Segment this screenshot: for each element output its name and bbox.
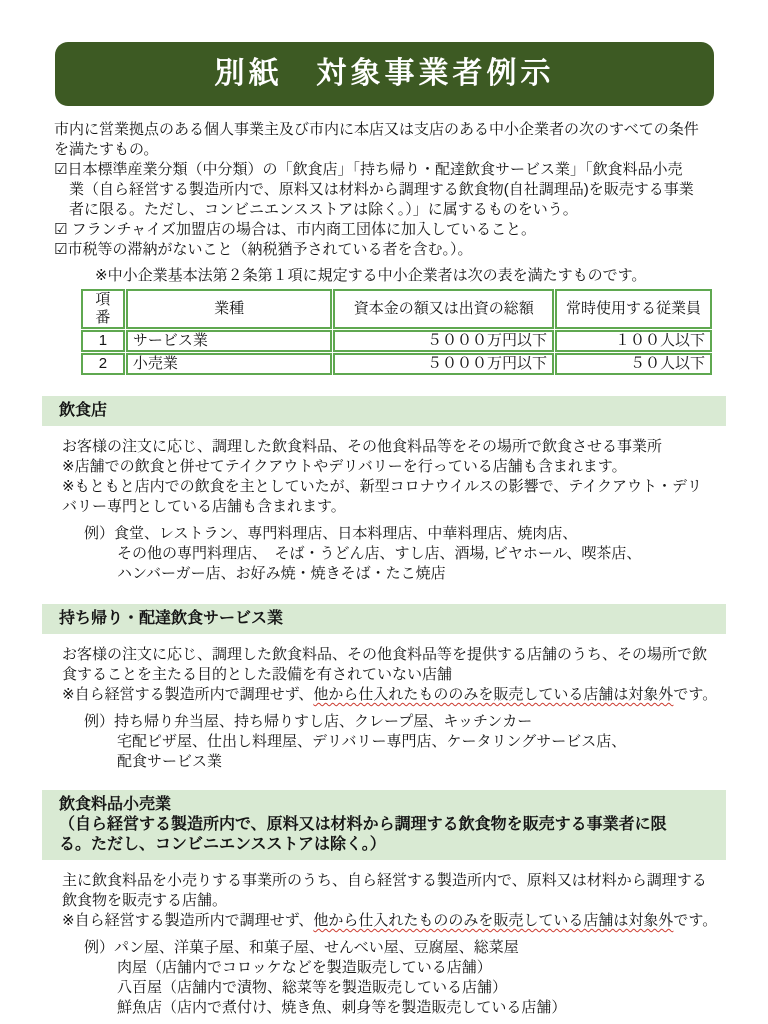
intro-paragraph: 市内に営業拠点のある個人事業主及び市内に本店又は支店のある中小企業者の次のすべて… bbox=[54, 120, 748, 260]
example-line: 配食サービス業 bbox=[84, 752, 748, 772]
checklist-item-franchise: ☑ フランチャイズ加盟店の場合は、市内商工団体に加入していること。 bbox=[54, 220, 748, 240]
page-title: 別紙 対象事業者例示 bbox=[215, 59, 555, 89]
section-retail-title-cont: る。ただし、コンビニエンスストアは除く。） bbox=[59, 835, 709, 855]
example-line: ハンバーガー店、お好み焼・焼きそば・たこ焼店 bbox=[84, 564, 748, 584]
table-note: ※中小企業基本法第２条第１項に規定する中小企業者は次の表を満たすものです。 bbox=[95, 266, 768, 286]
section-takeout-examples: 例）持ち帰り弁当屋、持ち帰りすし店、クレープ屋、キッチンカー 宅配ピザ屋、仕出し… bbox=[84, 712, 748, 772]
body-line: お客様の注文に応じ、調理した飲食料品、その他食料品等をその場所で飲食させる事業所 bbox=[62, 437, 748, 457]
intro-line: を満たすもの。 bbox=[54, 140, 748, 160]
body-line: バリー専門としている店舗も含まれます。 bbox=[62, 497, 748, 517]
wavy-underline-text: 他から仕入れたもののみを販売している店舗は対象外 bbox=[313, 912, 673, 929]
table-cell-industry: サービス業 bbox=[126, 330, 333, 352]
example-line: 八百屋（店舗内で漬物、総菜等を製造販売している店舗） bbox=[84, 978, 748, 998]
document-page: 別紙 対象事業者例示 市内に営業拠点のある個人事業主及び市内に本店又は支店のある… bbox=[0, 0, 768, 1024]
section-retail-header-bar: 飲食料品小売業 （自ら経営する製造所内で、原料又は材料から調理する飲食物を販売す… bbox=[42, 790, 726, 860]
example-line: 例）パン屋、洋菓子屋、和菓子屋、せんべい屋、豆腐屋、総菜屋 bbox=[84, 938, 748, 958]
exclusion-note: ※自ら経営する製造所内で調理せず、他から仕入れたもののみを販売している店舗は対象… bbox=[62, 911, 748, 931]
section-retail-body: 主に飲食料品を小売りする事業所のうち、自ら経営する製造所内で、原料又は材料から調… bbox=[62, 871, 748, 931]
intro-line: 市内に営業拠点のある個人事業主及び市内に本店又は支店のある中小企業者の次のすべて… bbox=[54, 120, 748, 140]
table-cell-employees: １００人以下 bbox=[555, 330, 712, 352]
example-line: その他の専門料理店、 そば・うどん店、すし店、酒場, ビヤホール、喫茶店、 bbox=[84, 544, 748, 564]
body-line: 主に飲食料品を小売りする事業所のうち、自ら経営する製造所内で、原料又は材料から調… bbox=[62, 871, 748, 891]
table-cell-no: 1 bbox=[81, 330, 125, 352]
sme-criteria-table: 項番 業種 資本金の額又は出資の総額 常時使用する従業員 1 サービス業 ５００… bbox=[80, 288, 713, 376]
exclusion-note-pre: ※自ら経営する製造所内で調理せず、 bbox=[62, 686, 313, 703]
body-line: ※店舗での飲食と併せてテイクアウトやデリバリーを行っている店舗も含まれます。 bbox=[62, 457, 748, 477]
body-line: お客様の注文に応じ、調理した飲食料品、その他食料品等を提供する店舗のうち、その場… bbox=[62, 645, 748, 665]
section-restaurant-title: 飲食店 bbox=[59, 402, 107, 419]
section-retail-examples: 例）パン屋、洋菓子屋、和菓子屋、せんべい屋、豆腐屋、総菜屋 肉屋（店舗内でコロッ… bbox=[84, 938, 748, 1018]
example-line: 例）食堂、レストラン、専門料理店、日本料理店、中華料理店、焼肉店、 bbox=[84, 524, 748, 544]
column-header-employees: 常時使用する従業員 bbox=[555, 289, 712, 329]
checklist-item-industry-cont: 業（自ら経営する製造所内で、原料又は材料から調理する飲食物(自社調理品)を販売す… bbox=[54, 180, 748, 200]
exclusion-note-pre: ※自ら経営する製造所内で調理せず、 bbox=[62, 912, 313, 929]
checklist-item-industry: ☑日本標準産業分類（中分類）の「飲食店」「持ち帰り・配達飲食サービス業」「飲食料… bbox=[54, 160, 748, 180]
table-row: 2 小売業 ５０００万円以下 ５０人以下 bbox=[81, 353, 712, 375]
example-line: 宅配ピザ屋、仕出し料理屋、デリバリー専門店、ケータリングサービス店、 bbox=[84, 732, 748, 752]
column-header-no: 項番 bbox=[81, 289, 125, 329]
table-cell-capital: ５０００万円以下 bbox=[333, 330, 554, 352]
section-takeout-title: 持ち帰り・配達飲食サービス業 bbox=[59, 610, 283, 627]
example-line: 鮮魚店（店内で煮付け、焼き魚、刺身等を製造販売している店舗） bbox=[84, 998, 748, 1018]
section-retail-title: 飲食料品小売業 bbox=[59, 795, 709, 815]
body-line: 食することを主たる目的とした設備を有されていない店舗 bbox=[62, 665, 748, 685]
section-takeout-header-bar: 持ち帰り・配達飲食サービス業 bbox=[42, 604, 726, 634]
wavy-underline-text: 他から仕入れたもののみを販売している店舗は対象外 bbox=[313, 686, 673, 703]
title-banner: 別紙 対象事業者例示 bbox=[55, 42, 714, 106]
column-header-industry: 業種 bbox=[126, 289, 333, 329]
section-takeout-body: お客様の注文に応じ、調理した飲食料品、その他食料品等を提供する店舗のうち、その場… bbox=[62, 645, 748, 705]
section-restaurant-header-bar: 飲食店 bbox=[42, 396, 726, 426]
column-header-capital: 資本金の額又は出資の総額 bbox=[333, 289, 554, 329]
exclusion-note: ※自ら経営する製造所内で調理せず、他から仕入れたもののみを販売している店舗は対象… bbox=[62, 685, 748, 705]
table-cell-capital: ５０００万円以下 bbox=[333, 353, 554, 375]
example-line: 肉屋（店舗内でコロッケなどを製造販売している店舗） bbox=[84, 958, 748, 978]
exclusion-note-post: です。 bbox=[673, 686, 717, 703]
checklist-item-industry-cont: 者に限る。ただし、コンビニエンスストアは除く。）」に属するものをいう。 bbox=[54, 200, 748, 220]
table-header-row: 項番 業種 資本金の額又は出資の総額 常時使用する従業員 bbox=[81, 289, 712, 329]
section-restaurant-body: お客様の注文に応じ、調理した飲食料品、その他食料品等をその場所で飲食させる事業所… bbox=[62, 437, 748, 517]
body-line: ※もともと店内での飲食を主としていたが、新型コロナウイルスの影響で、テイクアウト… bbox=[62, 477, 748, 497]
table-cell-employees: ５０人以下 bbox=[555, 353, 712, 375]
exclusion-note-post: です。 bbox=[673, 912, 717, 929]
body-line: 飲食物を販売する店舗。 bbox=[62, 891, 748, 911]
section-retail-title-cont: （自ら経営する製造所内で、原料又は材料から調理する飲食物を販売する事業者に限 bbox=[59, 815, 709, 835]
table-row: 1 サービス業 ５０００万円以下 １００人以下 bbox=[81, 330, 712, 352]
checklist-item-tax: ☑市税等の滞納がないこと（納税猶予されている者を含む。）。 bbox=[54, 240, 748, 260]
example-line: 例）持ち帰り弁当屋、持ち帰りすし店、クレープ屋、キッチンカー bbox=[84, 712, 748, 732]
table-cell-industry: 小売業 bbox=[126, 353, 333, 375]
table-cell-no: 2 bbox=[81, 353, 125, 375]
section-restaurant-examples: 例）食堂、レストラン、専門料理店、日本料理店、中華料理店、焼肉店、 その他の専門… bbox=[84, 524, 748, 584]
